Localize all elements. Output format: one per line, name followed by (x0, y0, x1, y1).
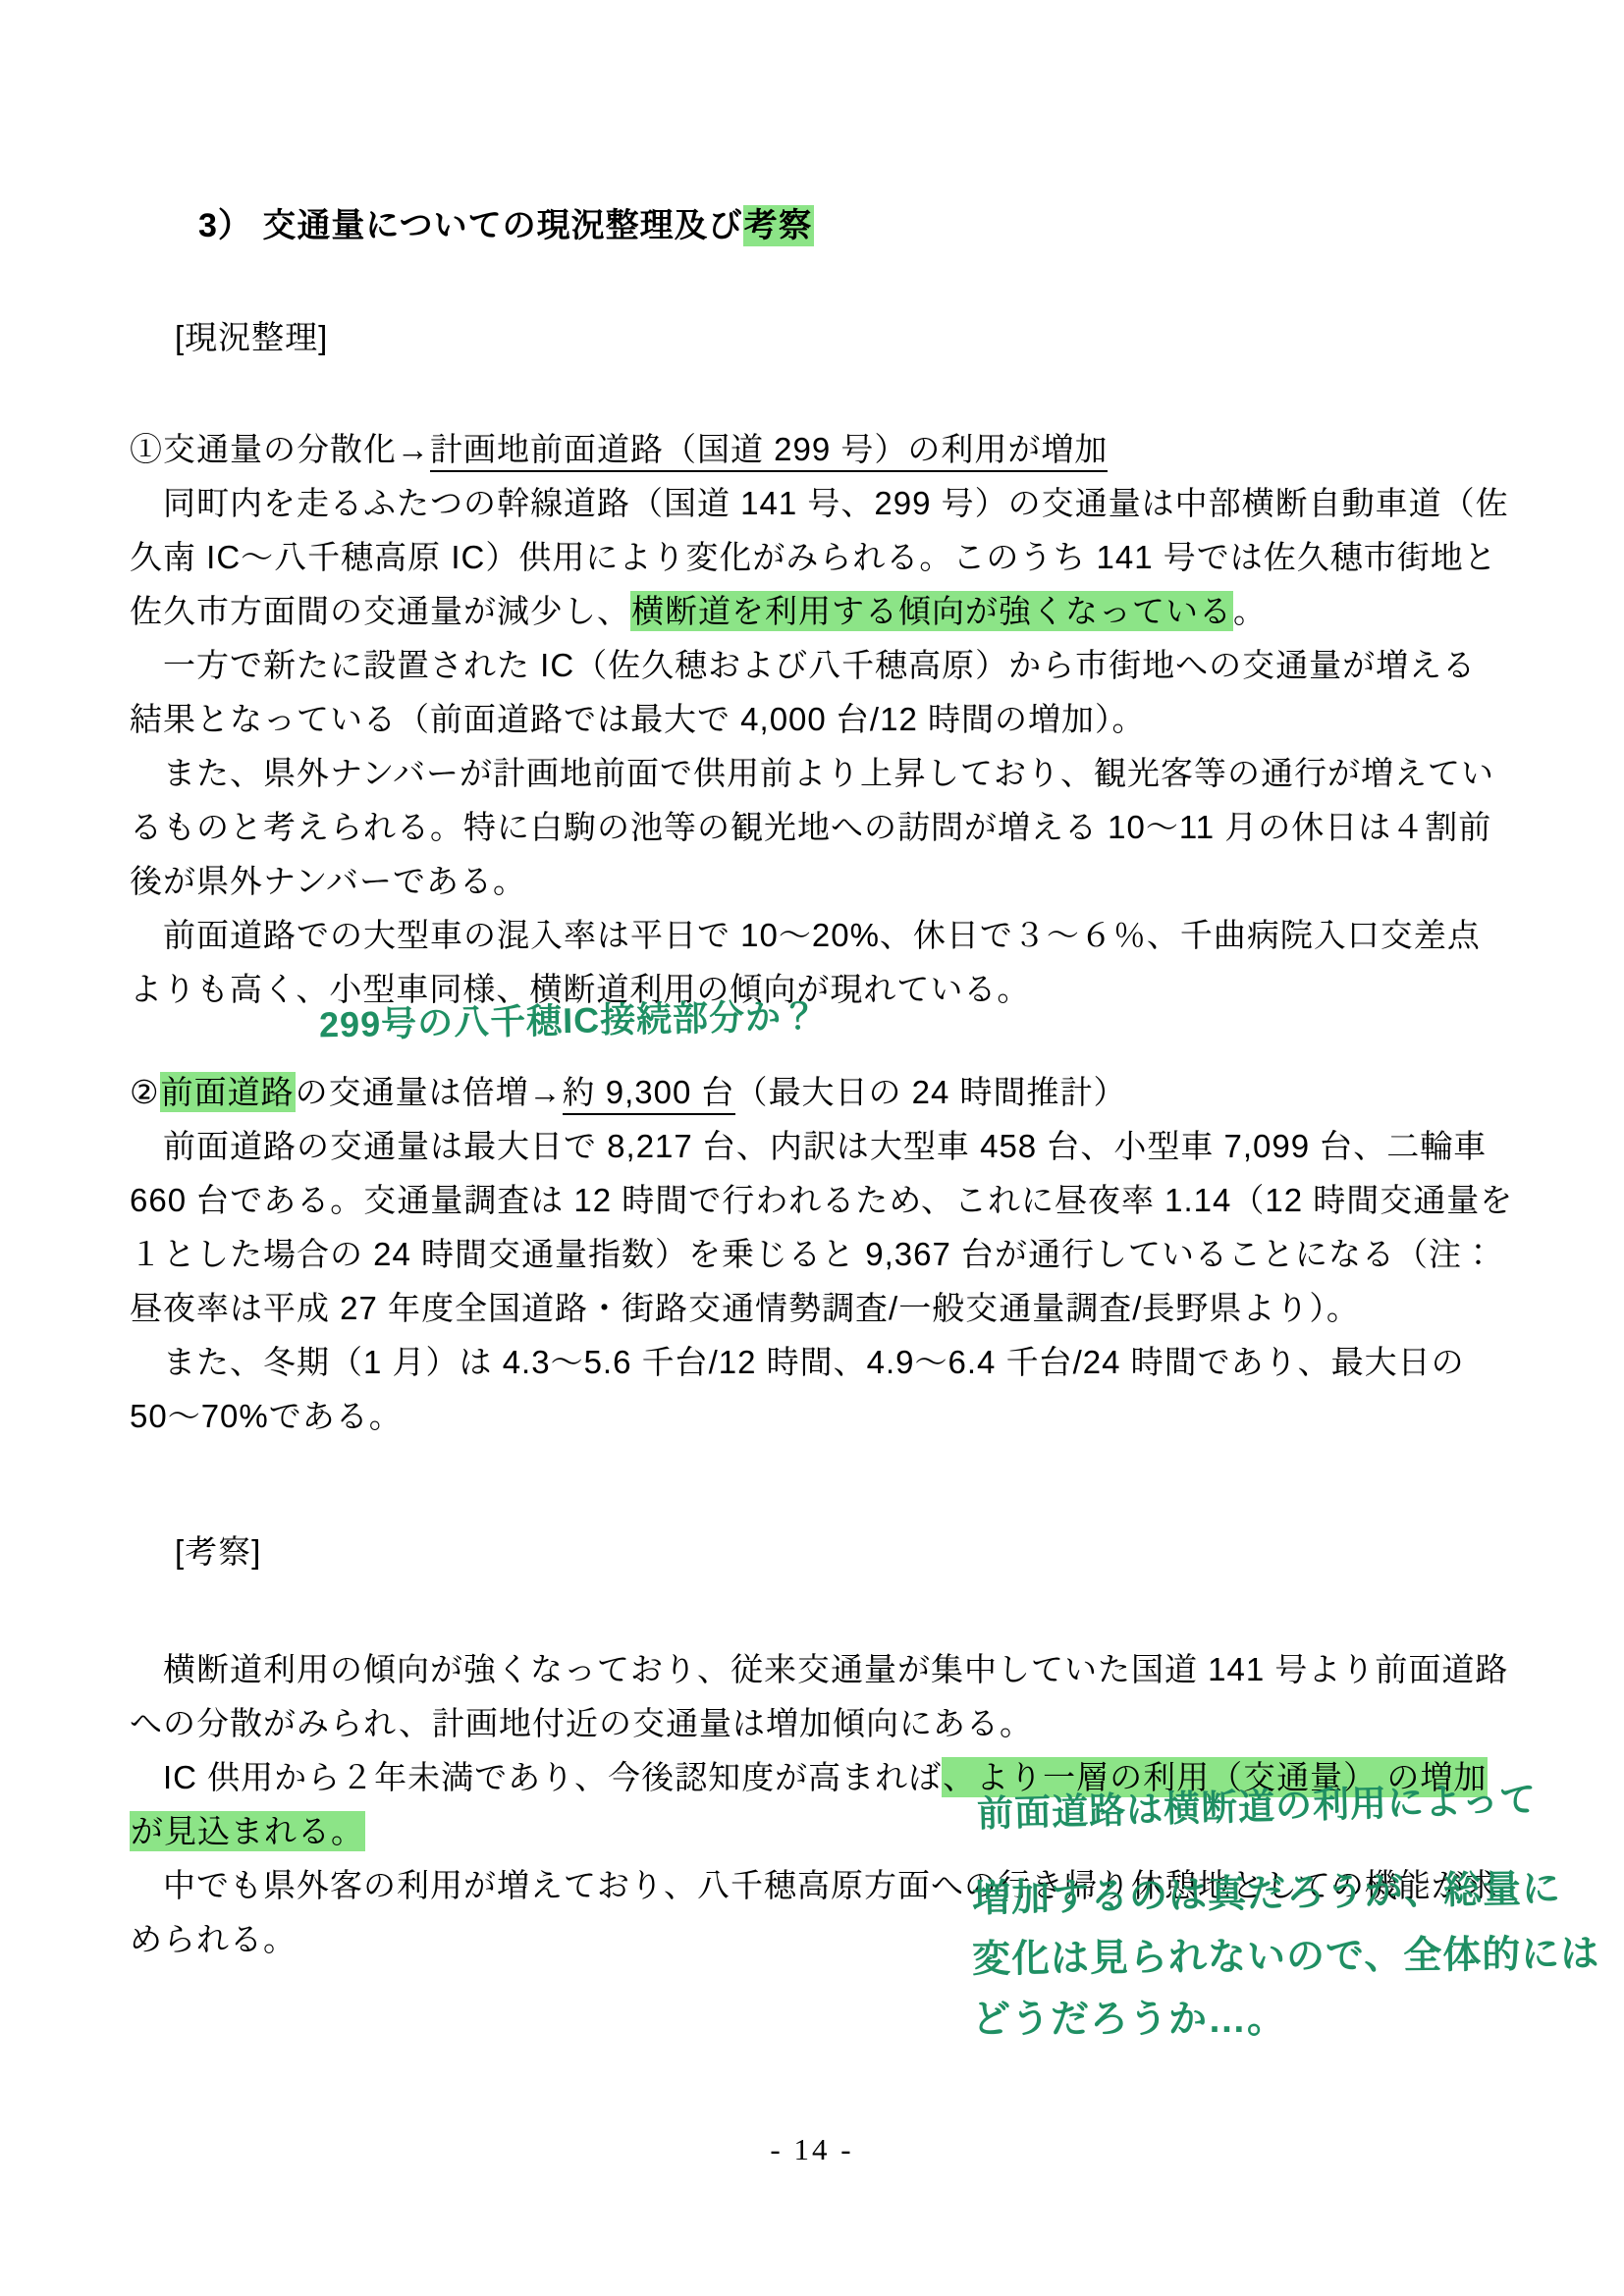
paragraph-line: 同町内を走るふたつの幹線道路（国道 141 号、299 号）の交通量は中部横断自… (130, 476, 1543, 530)
item2-heading-text2: （最大日の 24 時間推計） (735, 1074, 1127, 1110)
highlighted-text: が見込まれる。 (130, 1811, 365, 1851)
title-text: 3） 交通量についての現況整理及び (198, 207, 743, 244)
line-text: 。 (1233, 593, 1267, 629)
handwritten-annotation-bottom-line4: どうだろうか…。 (972, 1989, 1286, 2044)
line-text: IC 供用から２年未満であり、今後認知度が高まれば (130, 1759, 942, 1795)
item1-heading-text: 交通量の分散化→ (163, 431, 430, 467)
item2-heading: ②前面道路の交通量は倍増→約 9,300 台（最大日の 24 時間推計） (130, 1065, 1543, 1119)
item2-heading-text: の交通量は倍増→ (296, 1074, 563, 1110)
item1-heading-underlined: 計画地前面道路（国道 299 号）の利用が増加 (430, 431, 1108, 472)
paragraph-line: 前面道路での大型車の混入率は平日で 10～20%、休日で３～６％、千曲病院入口交… (130, 908, 1543, 962)
paragraph-line: 昼夜率は平成 27 年度全国道路・街路交通情勢調査/一般交通量調査/長野県より）… (130, 1281, 1543, 1335)
paragraph-line: 前面道路の交通量は最大日で 8,217 台、内訳は大型車 458 台、小型車 7… (130, 1119, 1543, 1173)
paragraph-line: 50～70%である。 (130, 1389, 1543, 1443)
paragraph-line: また、県外ナンバーが計画地前面で供用前より上昇しており、観光客等の通行が増えてい (130, 746, 1543, 800)
paragraph-line: 久南 IC～八千穂高原 IC）供用により変化がみられる。このうち 141 号では… (130, 530, 1543, 584)
paragraph-line: 660 台である。交通量調査は 12 時間で行われるため、これに昼夜率 1.14… (130, 1173, 1543, 1227)
paragraph-line: るものと考えられる。特に白駒の池等の観光地への訪問が増える 10～11 月の休日… (130, 800, 1543, 854)
item1-heading: ①交通量の分散化→計画地前面道路（国道 299 号）の利用が増加 (130, 422, 1543, 476)
item2-marker: ② (130, 1074, 160, 1110)
paragraph-line: 一方で新たに設置された IC（佐久穂および八千穂高原）から市街地への交通量が増え… (130, 638, 1543, 692)
paragraph-line: １とした場合の 24 時間交通量指数）を乗じると 9,367 台が通行しているこ… (130, 1227, 1543, 1281)
item2-heading-highlighted: 前面道路 (160, 1072, 296, 1112)
handwritten-annotation-bottom-line3: 変化は見られないので、全体的には (972, 1923, 1600, 1984)
document-body: 3） 交通量についての現況整理及び考察 [現況整理] ①交通量の分散化→計画地前… (130, 199, 1543, 1966)
title-highlighted-term: 考察 (743, 205, 814, 246)
paragraph-line: 結果となっている（前面道路では最大で 4,000 台/12 時間の増加）。 (130, 692, 1543, 746)
page-number: - 14 - (0, 2132, 1624, 2167)
item2-heading-underlined: 約 9,300 台 (563, 1074, 735, 1115)
document-page: 3） 交通量についての現況整理及び考察 [現況整理] ①交通量の分散化→計画地前… (0, 0, 1624, 2296)
paragraph-line: また、冬期（1 月）は 4.3～5.6 千台/12 時間、4.9～6.4 千台/… (130, 1335, 1543, 1389)
paragraph-line: 後が県外ナンバーである。 (130, 854, 1543, 908)
line-text: 佐久市方面間の交通量が減少し、 (130, 593, 630, 629)
highlighted-text: 横断道を利用する傾向が強くなっている (630, 591, 1233, 631)
item1-marker: ① (130, 431, 163, 467)
paragraph-line: 佐久市方面間の交通量が減少し、横断道を利用する傾向が強くなっている。 (130, 584, 1543, 638)
page-title: 3） 交通量についての現況整理及び考察 (198, 199, 1543, 253)
paragraph-line: への分散がみられ、計画地付近の交通量は増加傾向にある。 (130, 1696, 1543, 1750)
paragraph-line: 横断道利用の傾向が強くなっており、従来交通量が集中していた国道 141 号より前… (130, 1642, 1543, 1696)
section-label-status: [現況整理] (175, 310, 1543, 364)
handwritten-annotation-ic: 299号の八千穂IC接続部分か？ (319, 989, 819, 1048)
section-label-discussion: [考察] (175, 1524, 1543, 1578)
handwritten-annotation-bottom-line2: 増加するのは真だろうが、総量に (972, 1858, 1562, 1923)
